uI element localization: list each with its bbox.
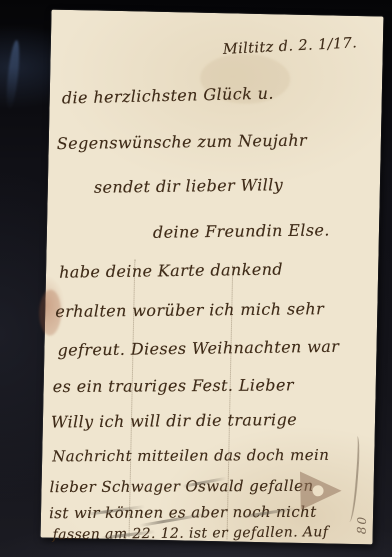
letter-line: erhalten worüber ich mich sehr — [55, 299, 324, 321]
edge-annotation: 80 — [355, 424, 371, 534]
letter-line: gefreut. Dieses Weihnachten war — [57, 337, 339, 360]
letter-line: sendet dir lieber Willy — [94, 175, 283, 197]
dateline: Miltitz d. 2. 1/17. — [223, 35, 358, 58]
letter-line: die herzlichsten Glück u. — [62, 84, 274, 108]
letter-line: deine Freundin Else. — [153, 220, 330, 241]
letter-line: Willy ich will dir die traurige — [51, 410, 297, 432]
letter-line: Nachricht mitteilen das doch mein — [52, 446, 329, 465]
letter-line: fassen am 22. 12. ist er gefallen. Auf — [53, 524, 329, 543]
letter-line: habe deine Karte dankend — [59, 260, 283, 282]
letter-line: es ein trauriges Fest. Lieber — [53, 375, 294, 396]
letter-line: Segenswünsche zum Neujahr — [57, 131, 307, 153]
postcard: Miltitz d. 2. 1/17. die herzlichsten Glü… — [41, 10, 384, 545]
